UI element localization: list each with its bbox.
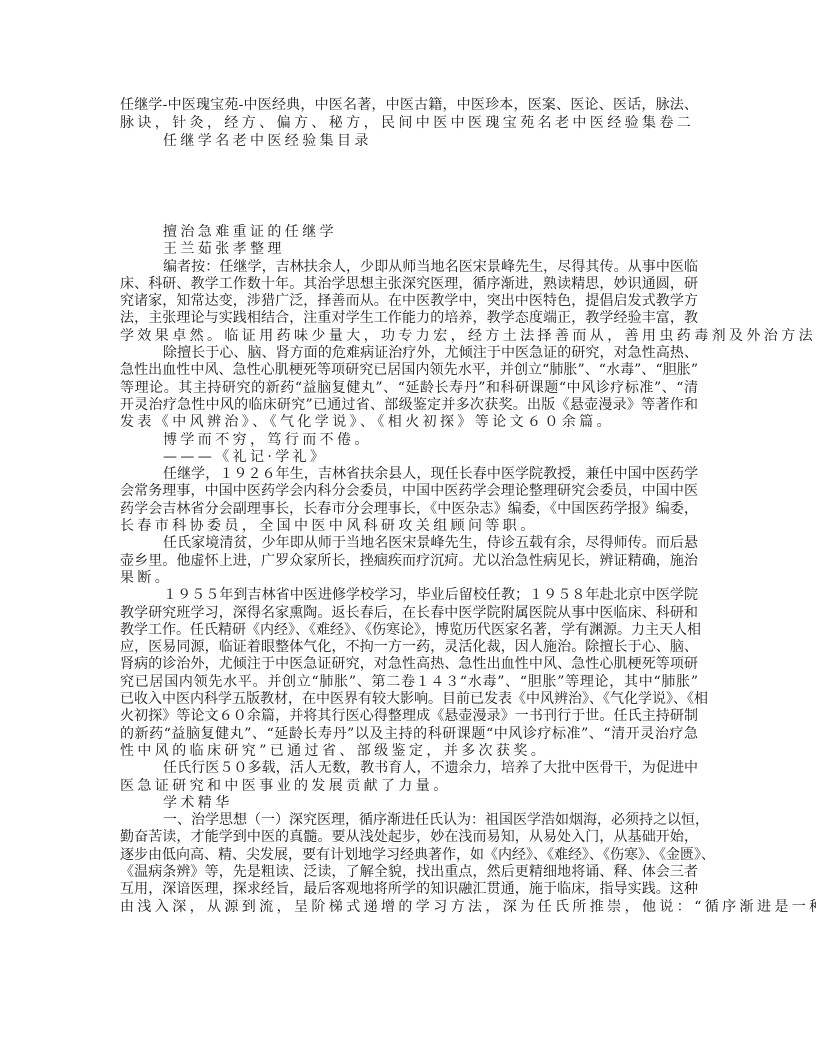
paragraph-line: 任氏家境清贫，少年即从师于当地名医宋景峰先生，侍诊五载有余，尽得师传。而后悬 [120, 535, 698, 552]
article-author: 王兰茹张孝整理 [120, 241, 698, 258]
paragraph-line: 等理论。其主持研究的新药“益脑复健丸”、“延龄长寿丹”和科研课题“中风诊疗标准”… [120, 380, 698, 397]
paragraph-line: 《温病条辨》等，先是粗读、泛读，了解全貌，找出重点，然后更精细地将诵、释、体会三… [120, 864, 698, 881]
paragraph: 任氏行医５０多载，活人无数，教书育人，不遗余力，培养了大批中医骨干，为促进中医急… [120, 760, 698, 795]
document-header: 任继学-中医瑰宝苑-中医经典，中医名著，中医古籍，中医珍本，医案、医论、医话，脉… [120, 96, 698, 150]
paragraph-line: 学术精华 [120, 795, 698, 812]
paragraph-line: 药学会吉林省分会副理事长，长春市分会理事长，《中医杂志》编委，《中国医药学报》编… [120, 501, 698, 518]
paragraph-line: 床、科研、教学工作数十年。其治学思想主张深究医理，循序渐进，熟读精思，妙识通圆，… [120, 276, 698, 293]
paragraph: 学术精华 [120, 795, 698, 812]
paragraph-line: 开灵治疗急性中风的临床研究”已通过省、部级鉴定并多次获奖。出版《悬壶漫录》等著作… [120, 397, 698, 414]
paragraph-line: 学效果卓然。临证用药味少量大，功专力宏，经方土法择善而从，善用虫药毒剂及外治方法… [120, 328, 698, 345]
paragraph-line: 由浅入深，从源到流，呈阶梯式递增的学习方法，深为任氏所推崇，他说：“循序渐进是一… [120, 899, 698, 916]
article-paragraphs: 编者按：任继学，吉林扶余人，少即从师当地名医宋景峰先生，尽得其传。从事中医临床、… [120, 259, 698, 916]
paragraph-line: ———《礼记·学礼》 [120, 449, 698, 466]
paragraph-line: 急性出血性中风、急性心肌梗死等项研究已居国内领先水平，并创立“肺胀”、“水毒”、… [120, 362, 698, 379]
paragraph-line: 果断。 [120, 570, 698, 587]
paragraph-line: 医急证研究和中医事业的发展贡献了力量。 [120, 778, 698, 795]
paragraph: 编者按：任继学，吉林扶余人，少即从师当地名医宋景峰先生，尽得其传。从事中医临床、… [120, 259, 698, 345]
paragraph-line: 教学工作。任氏精研《内经》、《难经》、《伤寒论》，博览历代医家名著，学有渊源。力… [120, 622, 698, 639]
paragraph: 任氏家境清贫，少年即从师于当地名医宋景峰先生，侍诊五载有余，尽得师传。而后悬壶乡… [120, 535, 698, 587]
header-line-1: 任继学-中医瑰宝苑-中医经典，中医名著，中医古籍，中医珍本，医案、医论、医话，脉… [120, 96, 698, 114]
article-body: 擅治急难重证的任继学 王兰茹张孝整理 编者按：任继学，吉林扶余人，少即从师当地名… [120, 224, 698, 916]
paragraph: 博学而不穷，笃行而不倦。 [120, 432, 698, 449]
paragraph-line: 火初探》等论文６０余篇，并将其行医心得整理成《悬壶漫录》一书刊行于世。任氏主持研… [120, 708, 698, 725]
paragraph-line: 任氏行医５０多载，活人无数，教书育人，不遗余力，培养了大批中医骨干，为促进中 [120, 760, 698, 777]
paragraph-line: 会常务理事，中国中医药学会内科分会委员，中国中医药学会理论整理研究会委员，中国中… [120, 483, 698, 500]
paragraph-line: 博学而不穷，笃行而不倦。 [120, 432, 698, 449]
paragraph-line: 性中风的临床研究”已通过省、部级鉴定，并多次获奖。 [120, 743, 698, 760]
paragraph-line: 逐步由低向高、精、尖发展，要有计划地学习经典著作，如《内经》、《难经》、《伤寒》… [120, 847, 698, 864]
paragraph: 一、治学思想（一）深究医理，循序渐进任氏认为：祖国医学浩如烟海，必须持之以恒，勤… [120, 812, 698, 916]
article-title: 擅治急难重证的任继学 [120, 224, 698, 241]
paragraph-line: 任继学，１９２６年生，吉林省扶余县人，现任长春中医学院教授，兼任中国中医药学 [120, 466, 698, 483]
paragraph-line: 发表《中风辨治》、《气化学说》、《相火初探》等论文６０余篇。 [120, 414, 698, 431]
paragraph-line: 勤奋苦读，才能学到中医的真髓。要从浅处起步，妙在浅而易知，从易处入门，从基础开始… [120, 829, 698, 846]
paragraph-line: 已收入中医内科学五版教材，在中医界有较大影响。目前已发表《中风辨治》、《气化学说… [120, 691, 698, 708]
paragraph-line: 肾病的诊治外，尤倾注于中医急证研究，对急性高热、急性出血性中风、急性心肌梗死等项… [120, 656, 698, 673]
paragraph-line: 究已居国内领先水平。并创立“肺胀”、第二卷１４３“水毒”、“胆胀”等理论，其中“… [120, 674, 698, 691]
paragraph-line: 一、治学思想（一）深究医理，循序渐进任氏认为：祖国医学浩如烟海，必须持之以恒， [120, 812, 698, 829]
paragraph: ———《礼记·学礼》 [120, 449, 698, 466]
paragraph-line: 互用，深谙医理，探求经旨，最后客观地将所学的知识融汇贯通，施于临床，指导实践。这… [120, 881, 698, 898]
paragraph-line: 除擅长于心、脑、肾方面的危难病证治疗外，尤倾注于中医急证的研究，对急性高热、 [120, 345, 698, 362]
paragraph: 除擅长于心、脑、肾方面的危难病证治疗外，尤倾注于中医急证的研究，对急性高热、急性… [120, 345, 698, 431]
paragraph: 任继学，１９２６年生，吉林省扶余县人，现任长春中医学院教授，兼任中国中医药学会常… [120, 466, 698, 535]
paragraph-line: 编者按：任继学，吉林扶余人，少即从师当地名医宋景峰先生，尽得其传。从事中医临 [120, 259, 698, 276]
header-line-2: 脉诀，针灸，经方、偏方、秘方，民间中医中医瑰宝苑名老中医经验集卷二 [120, 114, 698, 132]
paragraph-line: 应，医易同源，临证着眼整体气化，不拘一方一药，灵活化裁，因人施治。除擅长于心、脑… [120, 639, 698, 656]
paragraph-line: １９５５年到吉林省中医进修学校学习，毕业后留校任教；１９５８年赴北京中医学院 [120, 587, 698, 604]
paragraph-line: 壶乡里。他虚怀上进，广罗众家所长，挫痼疾而疗沉疴。尤以治急性病见长，辨证精确，施… [120, 553, 698, 570]
paragraph-line: 教学研究班学习，深得名家熏陶。返长春后，在长春中医学院附属医院从事中医临床、科研… [120, 605, 698, 622]
paragraph-line: 究诸家，知常达变，涉猎广泛，择善而从。在中医教学中，突出中医特色，提倡启发式教学… [120, 293, 698, 310]
paragraph-line: 法，主张理论与实践相结合，注重对学生工作能力的培养，教学态度端正，教学经验丰富，… [120, 310, 698, 327]
toc-title: 任继学名老中医经验集目录 [120, 132, 698, 150]
paragraph: １９５５年到吉林省中医进修学校学习，毕业后留校任教；１９５８年赴北京中医学院教学… [120, 587, 698, 760]
paragraph-line: 长春市科协委员，全国中医中风科研攻关组顾问等职。 [120, 518, 698, 535]
paragraph-line: 的新药“益脑复健丸”、“延龄长寿丹”以及主持的科研课题“中风诊疗标准”、“清开灵… [120, 726, 698, 743]
